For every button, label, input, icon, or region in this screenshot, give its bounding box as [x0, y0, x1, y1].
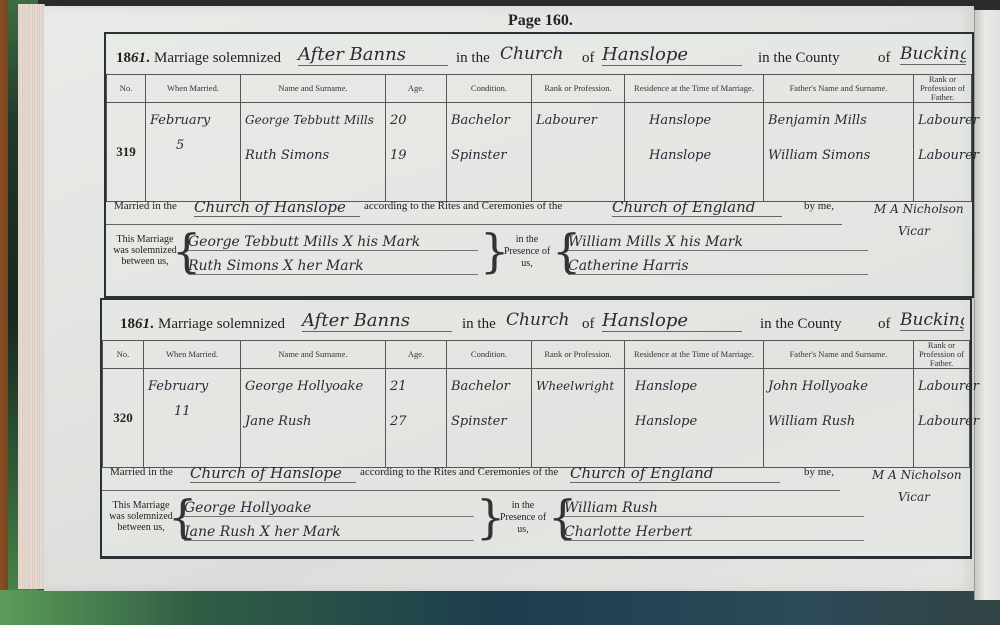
entry-footer: Married in the Church of Hanslope accord… — [106, 190, 972, 296]
married-in-value: Church of Hanslope — [194, 198, 360, 217]
groom-father: John Hollyoake — [768, 379, 868, 394]
bride-signature: Jane Rush X her Mark — [184, 524, 474, 541]
bride-age: 19 — [390, 148, 407, 163]
col-header: Name and Surname. — [241, 75, 386, 103]
officiant-signature: M A Nicholson — [874, 202, 964, 216]
when-married-cell: February 5 — [146, 103, 241, 202]
father-cell: John Hollyoake William Rush — [764, 369, 914, 468]
column-headers: No. When Married. Name and Surname. Age.… — [107, 75, 972, 103]
married-in-line: Married in the Church of Hanslope accord… — [110, 464, 960, 488]
condition-cell: Bachelor Spinster — [447, 103, 532, 202]
names-cell: George Hollyoake Jane Rush — [241, 369, 386, 468]
marriage-entry-319: 1861. Marriage solemnized After Banns in… — [104, 32, 974, 298]
bride-residence: Hanslope — [649, 148, 711, 163]
page-number: Page 160. — [508, 12, 573, 30]
col-header: Condition. — [447, 341, 532, 369]
bride-father-rank: Labourer — [918, 148, 979, 163]
marriage-entry-320: 1861. Marriage solemnized After Banns in… — [100, 298, 972, 559]
col-header: Name and Surname. — [241, 341, 386, 369]
col-header: When Married. — [144, 341, 241, 369]
groom-condition: Bachelor — [451, 379, 510, 394]
col-header: Rank or Profession of Father. — [914, 341, 970, 369]
of-label: of — [878, 50, 891, 67]
col-header: Father's Name and Surname. — [764, 341, 914, 369]
groom-residence: Hanslope — [649, 113, 711, 128]
groom-rank: Labourer — [536, 113, 597, 128]
when-married-cell: February 11 — [144, 369, 241, 468]
place-value: Hanslope — [602, 310, 742, 332]
in-the-county-label: in the County — [760, 316, 842, 333]
bride-father: William Rush — [768, 414, 855, 429]
residence-cell: Hanslope Hanslope — [625, 369, 764, 468]
register-table: No. When Married. Name and Surname. Age.… — [102, 340, 970, 468]
by-me-label: by me, — [804, 200, 834, 212]
col-header: Condition. — [447, 75, 532, 103]
groom-name: George Hollyoake — [245, 379, 363, 394]
bride-age: 27 — [390, 414, 407, 429]
in-presence-label: in the Presence of us, — [502, 234, 552, 270]
col-header: No. — [107, 75, 146, 103]
this-marriage-label: This Marriage was solemnized between us, — [106, 500, 176, 533]
entry-header: 1861. Marriage solemnized After Banns in… — [112, 310, 962, 340]
married-in-label: Married in the — [110, 466, 173, 478]
in-the-label: in the — [462, 316, 496, 333]
witness-2-signature: Charlotte Herbert — [564, 524, 864, 541]
col-header: No. — [103, 341, 144, 369]
col-header: Rank or Profession. — [532, 341, 625, 369]
condition-cell: Bachelor Spinster — [447, 369, 532, 468]
groom-father: Benjamin Mills — [768, 113, 867, 128]
divider — [106, 224, 842, 225]
place-value: Hanslope — [602, 44, 742, 66]
col-header: Rank or Profession. — [532, 75, 625, 103]
bride-name: Ruth Simons — [245, 148, 329, 163]
father-rank-cell: Labourer Labourer — [914, 369, 970, 468]
rank-cell: Labourer — [532, 103, 625, 202]
in-presence-label: in the Presence of us, — [498, 500, 548, 536]
groom-father-rank: Labourer — [918, 113, 979, 128]
witness-1-signature: William Mills X his Mark — [568, 234, 868, 251]
marriage-solemnized-label: Marriage solemnized — [158, 316, 285, 333]
book-cover-bottom — [0, 590, 1000, 625]
year-label: 1861. — [120, 316, 154, 333]
bride-condition: Spinster — [451, 414, 507, 429]
groom-signature: George Tebbutt Mills X his Mark — [188, 234, 478, 251]
bride-signature: Ruth Simons X her Mark — [188, 258, 478, 275]
day-value: 5 — [176, 138, 184, 153]
officiant-title: Vicar — [898, 224, 930, 238]
table-row: 320 February 11 George Hollyoake Jane Ru… — [103, 369, 970, 468]
solemnized-by-value: After Banns — [302, 310, 452, 332]
church-value: Church — [500, 44, 580, 64]
year-label: 1861. — [116, 50, 150, 67]
rank-cell: Wheelwright — [532, 369, 625, 468]
groom-rank: Wheelwright — [536, 379, 614, 393]
entry-header: 1861. Marriage solemnized After Banns in… — [116, 44, 964, 74]
col-header: Age. — [386, 75, 447, 103]
groom-signature: George Hollyoake — [184, 500, 474, 517]
table-row: 319 February 5 George Tebbutt Mills Ruth… — [107, 103, 972, 202]
age-cell: 21 27 — [386, 369, 447, 468]
bride-name: Jane Rush — [245, 414, 311, 429]
groom-residence: Hanslope — [635, 379, 697, 394]
witness-2-signature: Catherine Harris — [568, 258, 868, 275]
married-in-line: Married in the Church of Hanslope accord… — [114, 198, 964, 222]
facing-page-edge — [974, 10, 1000, 600]
register-table: No. When Married. Name and Surname. Age.… — [106, 74, 972, 202]
col-header: Residence at the Time of Marriage. — [625, 75, 764, 103]
bride-father-rank: Labourer — [918, 414, 979, 429]
according-to-label: according to the Rites and Ceremonies of… — [364, 200, 562, 212]
column-headers: No. When Married. Name and Surname. Age.… — [103, 341, 970, 369]
groom-age: 20 — [390, 113, 407, 128]
officiant-title: Vicar — [898, 490, 930, 504]
this-marriage-label: This Marriage was solemnized between us, — [110, 234, 180, 267]
month-value: February — [148, 379, 208, 394]
bride-condition: Spinster — [451, 148, 507, 163]
names-cell: George Tebbutt Mills Ruth Simons — [241, 103, 386, 202]
county-value: Buckingham — [900, 44, 966, 65]
in-the-county-label: in the County — [758, 50, 840, 67]
col-header: Age. — [386, 341, 447, 369]
in-the-label: in the — [456, 50, 490, 67]
according-to-label: according to the Rites and Ceremonies of… — [360, 466, 558, 478]
groom-condition: Bachelor — [451, 113, 510, 128]
col-header: Rank or Profession of Father. — [914, 75, 972, 103]
father-cell: Benjamin Mills William Simons — [764, 103, 914, 202]
of-label: of — [582, 316, 595, 333]
witness-1-signature: William Rush — [564, 500, 864, 517]
col-header: Residence at the Time of Marriage. — [625, 341, 764, 369]
entry-number: 319 — [107, 103, 146, 202]
col-header: When Married. — [146, 75, 241, 103]
of-label: of — [582, 50, 595, 67]
of-label: of — [878, 316, 891, 333]
entry-footer: Married in the Church of Hanslope accord… — [102, 456, 970, 556]
by-me-label: by me, — [804, 466, 834, 478]
groom-age: 21 — [390, 379, 407, 394]
residence-cell: Hanslope Hanslope — [625, 103, 764, 202]
marriage-solemnized-label: Marriage solemnized — [154, 50, 281, 67]
rites-value: Church of England — [612, 198, 782, 217]
church-value: Church — [506, 310, 580, 330]
rites-value: Church of England — [570, 464, 780, 483]
page-edges — [18, 4, 45, 589]
month-value: February — [150, 113, 210, 128]
married-in-value: Church of Hanslope — [190, 464, 356, 483]
bride-residence: Hanslope — [635, 414, 697, 429]
officiant-signature: M A Nicholson — [872, 468, 962, 482]
age-cell: 20 19 — [386, 103, 447, 202]
solemnized-by-value: After Banns — [298, 44, 448, 66]
county-value: Buckingham — [900, 310, 964, 331]
divider — [102, 490, 840, 491]
father-rank-cell: Labourer Labourer — [914, 103, 972, 202]
bride-father: William Simons — [768, 148, 870, 163]
col-header: Father's Name and Surname. — [764, 75, 914, 103]
day-value: 11 — [174, 404, 191, 419]
groom-father-rank: Labourer — [918, 379, 979, 394]
married-in-label: Married in the — [114, 200, 177, 212]
groom-name: George Tebbutt Mills — [245, 113, 374, 127]
entry-number: 320 — [103, 369, 144, 468]
